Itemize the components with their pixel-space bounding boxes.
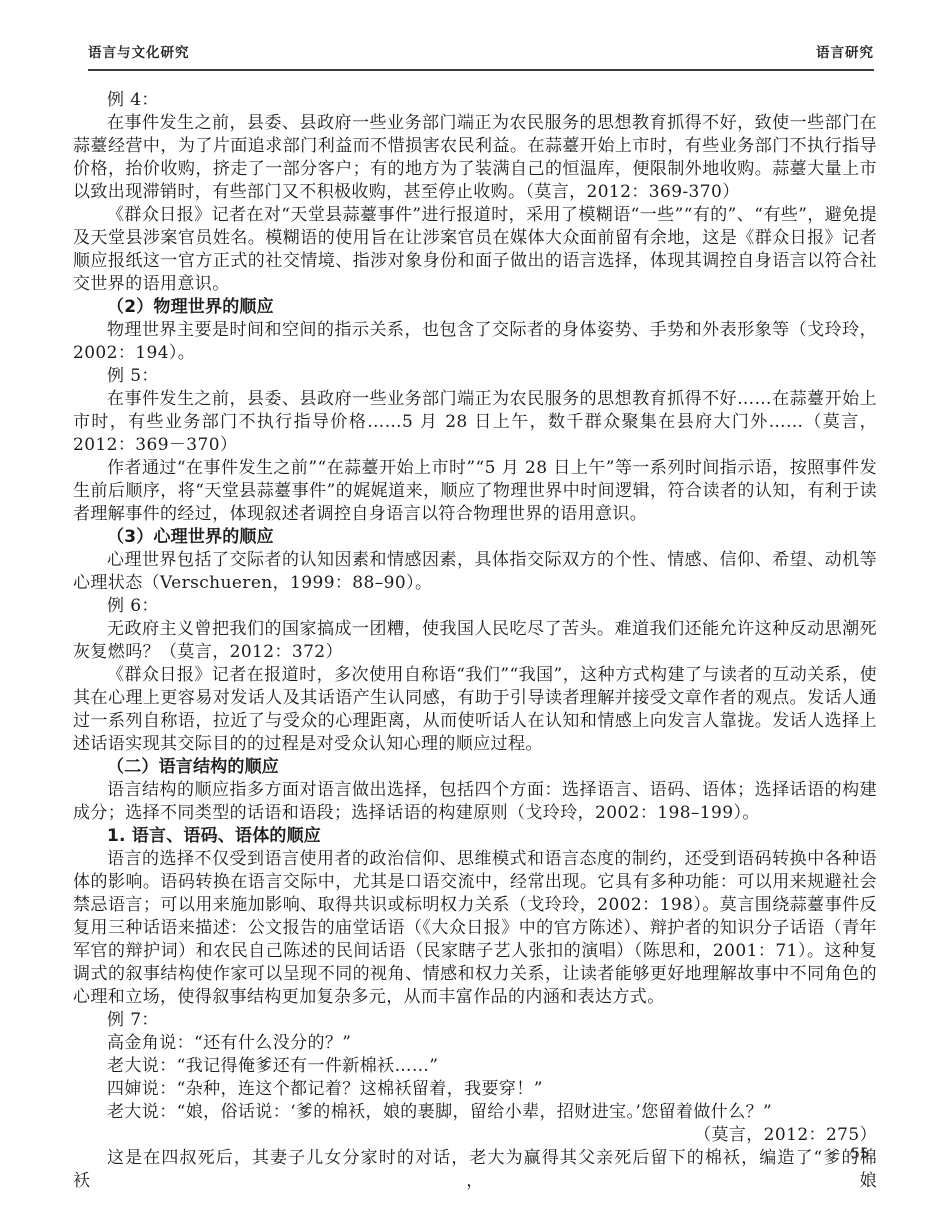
body-paragraph: 这是在四叔死后，其妻子儿女分家时的对话，老大为赢得其父亲死后留下的棉袄，编造了“… bbox=[73, 1147, 877, 1193]
body-paragraph: 物理世界主要是时间和空间的指示关系，也包含了交际者的身体姿势、手势和外表形象等（… bbox=[73, 319, 877, 365]
body-paragraph: 《群众日报》记者在对“天堂县蒜薹事件”进行报道时，采用了模糊语“一些”“有的”、… bbox=[73, 204, 877, 296]
dialogue-line: 老大说：“娘，俗话说：‘爹的棉袄，娘的裹脚，留给小辈，招财进宝。’您留着做什么？… bbox=[73, 1101, 877, 1124]
section-heading: （2）物理世界的顺应 bbox=[73, 296, 877, 319]
dialogue-line: 老大说：“我记得俺爹还有一件新棉袄……” bbox=[73, 1055, 877, 1078]
section-heading: （二）语言结构的顺应 bbox=[73, 756, 877, 779]
example-label: 例 4： bbox=[73, 89, 877, 112]
example-label: 例 7： bbox=[73, 1009, 877, 1032]
section-heading: 1. 语言、语码、语体的顺应 bbox=[73, 825, 877, 848]
body-paragraph: 无政府主义曾把我们的国家搞成一团糟，使我国人民吃尽了苦头。难道我们还能允许这种反… bbox=[73, 618, 877, 664]
example-label: 例 5： bbox=[73, 365, 877, 388]
body-paragraph: 在事件发生之前，县委、县政府一些业务部门端正为农民服务的思想教育抓得不好，致使一… bbox=[73, 112, 877, 204]
body-paragraph: 《群众日报》记者在报道时，多次使用自称语“我们”“我国”，这种方式构建了与读者的… bbox=[73, 664, 877, 756]
dialogue-line: 四婶说：“杂种，连这个都记着？这棉袄留着，我要穿！” bbox=[73, 1078, 877, 1101]
page-number: 55 bbox=[851, 1146, 869, 1162]
body-paragraph: 心理世界包括了交际者的认知因素和情感因素，具体指交际双方的个性、情感、信仰、希望… bbox=[73, 549, 877, 595]
body-paragraph: 作者通过“在事件发生之前”“在蒜薹开始上市时”“5 月 28 日上午”等一系列时… bbox=[73, 457, 877, 526]
document-body: 例 4：在事件发生之前，县委、县政府一些业务部门端正为农民服务的思想教育抓得不好… bbox=[73, 89, 877, 1193]
dialogue-line: 高金角说：“还有什么没分的？” bbox=[73, 1032, 877, 1055]
document-page: 语言与文化研究 语言研究 例 4：在事件发生之前，县委、县政府一些业务部门端正为… bbox=[0, 0, 950, 1230]
section-heading: （3）心理世界的顺应 bbox=[73, 526, 877, 549]
example-label: 例 6： bbox=[73, 595, 877, 618]
page-header: 语言与文化研究 语言研究 bbox=[88, 41, 874, 71]
running-head-left: 语言与文化研究 bbox=[88, 41, 190, 61]
body-paragraph: 语言结构的顺应指多方面对语言做出选择，包括四个方面：选择语言、语码、语体；选择话… bbox=[73, 779, 877, 825]
running-head-right: 语言研究 bbox=[816, 41, 874, 61]
body-paragraph: 在事件发生之前，县委、县政府一些业务部门端正为农民服务的思想教育抓得不好……在蒜… bbox=[73, 388, 877, 457]
source-citation: （莫言，2012：275） bbox=[73, 1124, 877, 1147]
body-paragraph: 语言的选择不仅受到语言使用者的政治信仰、思维模式和语言态度的制约，还受到语码转换… bbox=[73, 848, 877, 1009]
